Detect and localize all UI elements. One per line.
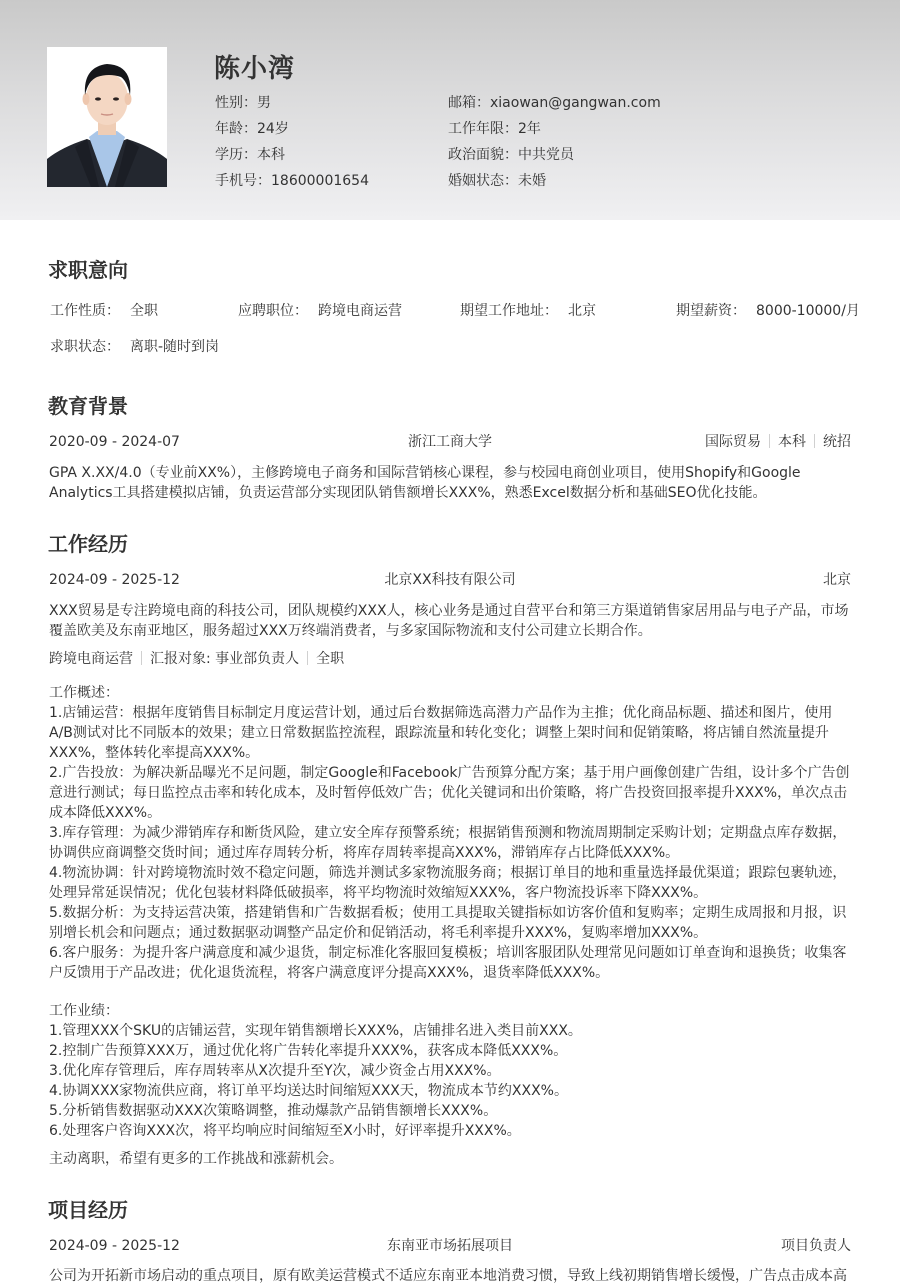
education-tags: 国际贸易本科统招 xyxy=(705,432,851,452)
project-header-row: 2024-09 - 2025-12 东南亚市场拓展项目 项目负责人 xyxy=(49,1236,851,1256)
education-degree: 本科 xyxy=(778,434,806,450)
intent-label: 求职状态： xyxy=(50,339,120,355)
work-company: 北京XX科技有限公司 xyxy=(49,570,851,590)
divider xyxy=(814,434,815,448)
info-gender: 性别：男 xyxy=(215,92,369,118)
info-value: 2年 xyxy=(518,121,541,137)
company-intro: XXX贸易是专注跨境电商的科技公司，团队规模约XXX人，核心业务是通过自营平台和… xyxy=(49,601,854,641)
overview-line: 2.广告投放：为解决新品曝光不足问题，制定Google和Facebook广告预算… xyxy=(49,763,854,783)
work-overview: 工作概述： 1.店铺运营：根据年度销售目标制定月度运营计划，通过后台数据筛选高潜… xyxy=(49,683,854,983)
intent-value: 跨境电商运营 xyxy=(318,303,402,319)
overview-line: 别增长机会和问题点；通过数据驱动调整产品定价和促销活动，将毛利率提升XXX%，复… xyxy=(49,923,854,943)
section-title-education: 教育背景 xyxy=(48,390,128,419)
info-email: 邮箱：xiaowan@gangwan.com xyxy=(448,92,661,118)
info-label: 邮箱： xyxy=(448,95,490,111)
overview-line: 6.客户服务：为提升客户满意度和减少退货，制定标准化客服回复模板；培训客服团队处… xyxy=(49,943,854,963)
work-tags: 跨境电商运营汇报对象: 事业部负责人全职 xyxy=(49,649,344,669)
intent-label: 期望薪资： xyxy=(676,303,746,319)
info-label: 婚姻状态： xyxy=(448,173,518,189)
info-age: 年龄：24岁 xyxy=(215,118,369,144)
info-marital-status: 婚姻状态：未婚 xyxy=(448,170,661,196)
education-description: GPA X.XX/4.0（专业前XX%），主修跨境电子商务和国际营销核心课程，参… xyxy=(49,463,854,503)
achievement-item: 2.控制广告预算XXX万，通过优化将广告转化率提升XXX%，获客成本降低XXX%… xyxy=(49,1041,854,1061)
intent-label: 工作性质： xyxy=(50,303,120,319)
work-location: 北京 xyxy=(823,570,851,590)
overview-line: 处理异常延误情况；优化包装材料降低破损率，将平均物流时效缩短XXX%，客户物流投… xyxy=(49,883,854,903)
info-label: 工作年限： xyxy=(448,121,518,137)
intent-value: 北京 xyxy=(568,303,596,319)
overview-line: 1.店铺运营：根据年度销售目标制定月度运营计划，通过后台数据筛选高潜力产品作为主… xyxy=(49,703,854,723)
overview-line: 3.库存管理：为减少滞销库存和断货风险，建立安全库存预警系统；根据销售预测和物流… xyxy=(49,823,854,843)
candidate-name: 陈小湾 xyxy=(214,48,295,85)
overview-title: 工作概述： xyxy=(49,683,854,703)
leave-reason: 主动离职，希望有更多的工作挑战和涨薪机会。 xyxy=(49,1149,854,1169)
intent-location: 期望工作地址：北京 xyxy=(460,301,596,321)
intent-label: 应聘职位： xyxy=(238,303,308,319)
overview-line: 成本降低XXX%。 xyxy=(49,803,854,823)
basic-info-right: 邮箱：xiaowan@gangwan.com 工作年限：2年 政治面貌：中共党员… xyxy=(448,92,661,196)
info-label: 学历： xyxy=(215,147,257,163)
info-value: 18600001654 xyxy=(271,173,369,189)
achievement-item: 6.处理客户咨询XXX次，将平均响应时间缩短至X小时，好评率提升XXX%。 xyxy=(49,1121,854,1141)
description-line: 覆盖欧美及东南亚地区，服务超过XXX万终端消费者，与多家国际物流和支付公司建立长… xyxy=(49,621,854,641)
achievement-item: 3.优化库存管理后，库存周转率从X次提升至Y次，减少资金占用XXX%。 xyxy=(49,1061,854,1081)
achievement-item: 4.协调XXX家物流供应商，将订单平均送达时间缩短XXX天，物流成本节约XXX%… xyxy=(49,1081,854,1101)
project-description: 公司为开拓新市场启动的重点项目，原有欧美运营模式不适应东南亚本地消费习惯，导致上… xyxy=(49,1266,854,1275)
achievements-title: 工作业绩： xyxy=(49,1001,854,1021)
overview-line: 意进行测试；每日监控点击率和转化成本，及时暂停低效广告；优化关键词和出价策略，将… xyxy=(49,783,854,803)
work-type: 全职 xyxy=(316,651,344,667)
overview-line: 户反馈用于产品改进；优化退货流程，将客户满意度评分提高XXX%，退货率降低XXX… xyxy=(49,963,854,983)
person-portrait-icon xyxy=(47,47,167,187)
intent-value: 离职-随时到岗 xyxy=(130,339,219,355)
info-label: 政治面貌： xyxy=(448,147,518,163)
divider xyxy=(141,651,142,665)
info-value: 未婚 xyxy=(518,173,546,189)
description-line: GPA X.XX/4.0（专业前XX%），主修跨境电子商务和国际营销核心课程，参… xyxy=(49,463,854,483)
basic-info-left: 性别：男 年龄：24岁 学历：本科 手机号：18600001654 xyxy=(215,92,369,196)
info-label: 手机号： xyxy=(215,173,271,189)
work-header-row: 2024-09 - 2025-12 北京XX科技有限公司 北京 xyxy=(49,570,851,590)
intent-salary: 期望薪资：8000-10000/月 xyxy=(676,301,860,321)
divider xyxy=(769,434,770,448)
info-political-status: 政治面貌：中共党员 xyxy=(448,144,661,170)
description-line: XXX贸易是专注跨境电商的科技公司，团队规模约XXX人，核心业务是通过自营平台和… xyxy=(49,601,854,621)
description-line: Analytics工具搭建模拟店铺，负责运营部分实现团队销售额增长XXX%，熟悉… xyxy=(49,483,854,503)
info-education: 学历：本科 xyxy=(215,144,369,170)
education-header-row: 2020-09 - 2024-07 浙江工商大学 国际贸易本科统招 xyxy=(49,432,851,452)
achievement-item: 5.分析销售数据驱动XXX次策略调整，推动爆款产品销售额增长XXX%。 xyxy=(49,1101,854,1121)
info-label: 性别： xyxy=(215,95,257,111)
work-role: 跨境电商运营 xyxy=(49,651,133,667)
intent-position: 应聘职位：跨境电商运营 xyxy=(238,301,402,321)
overview-line: A/B测试对比不同版本的效果；建立日常数据监控流程，跟踪流量和转化变化；调整上架… xyxy=(49,723,854,743)
education-enrollment-type: 统招 xyxy=(823,434,851,450)
intent-status: 求职状态：离职-随时到岗 xyxy=(50,337,219,357)
info-value: xiaowan@gangwan.com xyxy=(490,95,661,111)
resume-header: 陈小湾 性别：男 年龄：24岁 学历：本科 手机号：18600001654 邮箱… xyxy=(0,0,900,220)
overview-line: XXX%，整体转化率提高XXX%。 xyxy=(49,743,854,763)
section-title-work: 工作经历 xyxy=(48,528,128,557)
info-label: 年龄： xyxy=(215,121,257,137)
section-title-projects: 项目经历 xyxy=(48,1194,128,1223)
divider xyxy=(307,651,308,665)
info-value: 男 xyxy=(257,95,271,111)
work-achievements: 工作业绩： 1.管理XXX个SKU的店铺运营，实现年销售额增长XXX%，店铺排名… xyxy=(49,1001,854,1141)
intent-label: 期望工作地址： xyxy=(460,303,558,319)
info-value: 24岁 xyxy=(257,121,289,137)
intent-job-type: 工作性质：全职 xyxy=(50,301,158,321)
intent-value: 8000-10000/月 xyxy=(756,303,860,319)
info-value: 本科 xyxy=(257,147,285,163)
overview-line: 5.数据分析：为支持运营决策，搭建销售和广告数据看板；使用工具提取关键指标如访客… xyxy=(49,903,854,923)
info-phone: 手机号：18600001654 xyxy=(215,170,369,196)
intent-value: 全职 xyxy=(130,303,158,319)
info-value: 中共党员 xyxy=(518,147,574,163)
section-title-job-intent: 求职意向 xyxy=(48,254,128,283)
education-major: 国际贸易 xyxy=(705,434,761,450)
project-name: 东南亚市场拓展项目 xyxy=(49,1236,851,1256)
achievement-item: 1.管理XXX个SKU的店铺运营，实现年销售额增长XXX%，店铺排名进入类目前X… xyxy=(49,1021,854,1041)
profile-photo xyxy=(47,47,167,187)
work-report-to: 汇报对象: 事业部负责人 xyxy=(150,651,299,667)
overview-line: 协调供应商调整交货时间；通过库存周转分析，将库存周转率提高XXX%，滞销库存占比… xyxy=(49,843,854,863)
info-work-years: 工作年限：2年 xyxy=(448,118,661,144)
project-role: 项目负责人 xyxy=(781,1236,851,1256)
overview-line: 4.物流协调：针对跨境物流时效不稳定问题，筛选并测试多家物流服务商；根据订单目的… xyxy=(49,863,854,883)
